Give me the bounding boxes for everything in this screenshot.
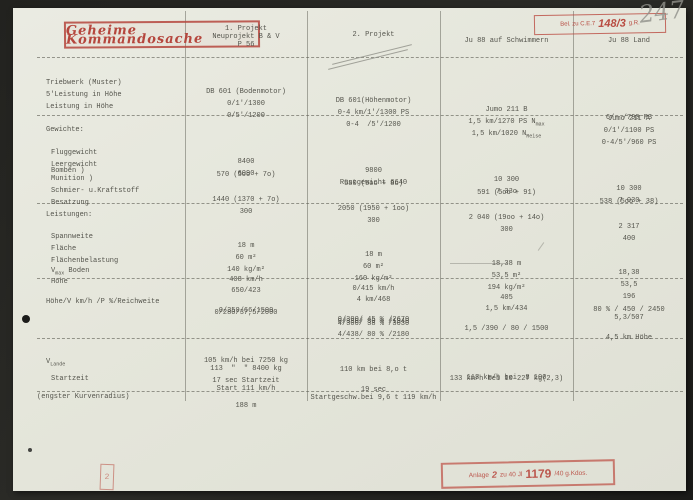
anlage-stamp-suffix: /40 g.Kdos. (554, 468, 587, 478)
cell-text: 1,5 km/1270 PS N (468, 118, 535, 126)
anlage-file-number: 1179 (525, 469, 551, 479)
cell: 6/- /790 PS (575, 114, 683, 123)
cell: 0-4 /5'/1200 (309, 121, 438, 130)
table-row: (engster Kurvenradius) 188 m (13, 384, 686, 394)
cell: 2 040 (19oo + 14o) (442, 214, 571, 223)
cell: Startgeschw.bei 9,6 t 119 km/h (309, 394, 438, 403)
cell-text: 1,5 km/1020 N (472, 130, 527, 138)
table-row: 570 (5oo + 7o) 580 (5oo + 8o) 591 (5oo +… (13, 162, 686, 172)
row-label: (engster Kurvenradius) (37, 393, 177, 402)
anlage-stamp-text: Anlage (469, 470, 489, 479)
cell: 2050 (1950 + 1oo) (309, 205, 438, 214)
table-row: 4/300/ 38 % /3030 (13, 311, 686, 321)
scanned-document-photo: { "stamps":{ "secret":"Geheime Kommandos… (0, 0, 693, 500)
cell: 1,5 km/1270 PS Nmax (442, 118, 571, 129)
small-margin-stamp: 2 (100, 464, 115, 490)
anlage-stamp: Anlage 2 zu 40 Jl 1179 /40 g.Kdos. (441, 459, 616, 489)
cell: 0/1'/1100 PS (575, 127, 683, 136)
cell: 188 m (187, 402, 305, 411)
cell: 300 (187, 208, 305, 217)
cell-subscript: Reise (526, 133, 541, 139)
pencil-slash (328, 49, 408, 70)
ink-spot (28, 448, 32, 452)
anlage-number: 2 (492, 470, 497, 479)
cell-subscript: max (536, 121, 545, 127)
handwritten-page-number: 247 (639, 5, 686, 20)
table-row: 6/- /790 PS (13, 105, 686, 115)
table-row: Besatzung 300 300 300 400 (13, 190, 686, 200)
table-row: 0/280/37,5/2000 0/380/ 80 % /1940 (13, 300, 686, 310)
table-row: Höhe 650/423 4 km/468 1,5 km/434 5,3/507 (13, 269, 686, 279)
table-row: Vmax Boden 408 km/h 0/415 km/h 405 (13, 258, 686, 268)
table-row: Fläche 60 m² 60 m² 53,5 m² 53,5 (13, 236, 686, 246)
row-label: Besatzung (51, 199, 191, 208)
document-page: Geheime Kommandosache Bel. zu C.E.7 148/… (13, 8, 686, 491)
section-title-gewichte: Gewichte: (46, 126, 84, 135)
table-row: 5'Leistung in Höhe 0/1'/1300 0-4 km/1'/1… (13, 82, 686, 92)
table-row: Spannweite 18 m 18 m 18,38 m 18,38 (13, 224, 686, 234)
anlage-stamp-mid: zu 40 Jl (500, 470, 523, 479)
table-row: 113 " " 8400 kg 118 km/h bei 8 100 (13, 356, 686, 366)
row-label: Höhe (51, 278, 191, 287)
table-row: Schmier- u.Kraftstoff 1440 (1370 + 7o) 2… (13, 178, 686, 188)
table-row: Triebwerk (Muster) DB 601 (Bodenmotor) D… (13, 70, 686, 80)
section-title-leistungen: Leistungen: (46, 211, 92, 220)
table-row: 4/438/ 80 % /2180 (13, 322, 686, 332)
table-row: Flächenbelastung 140 kg/m² 160 kg/m² 194… (13, 248, 686, 258)
cell: 4/438/ 80 % /2180 (309, 331, 438, 340)
cell: 4,5 km Höhe (575, 334, 683, 343)
table-row: Leistung in Höhe 0/5'/1200 0-4 /5'/1200 … (13, 94, 686, 104)
col4-header: Ju 88 Land (575, 37, 683, 46)
table-row: Fluggewicht 8400 9800 10 300 10 300 (13, 140, 686, 150)
